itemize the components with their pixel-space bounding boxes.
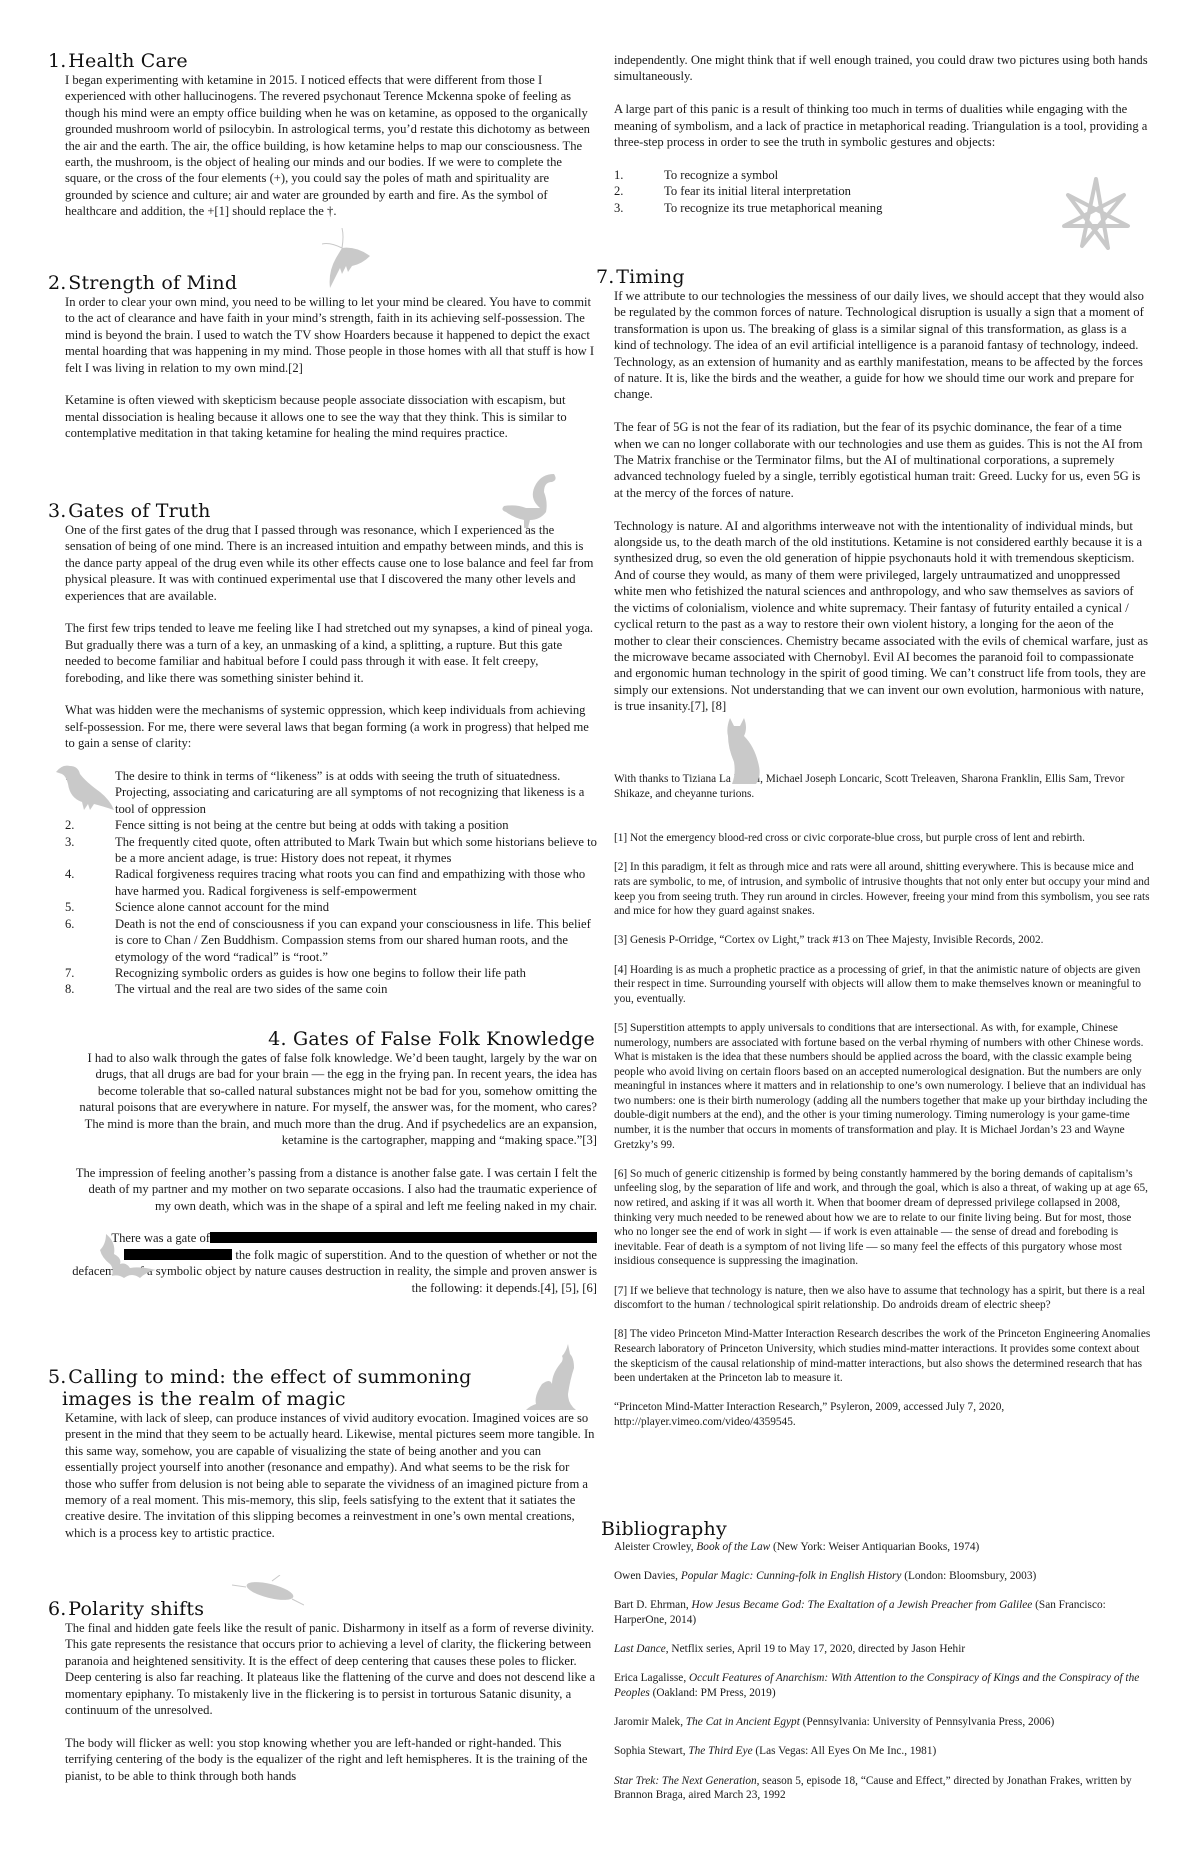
section-health-care: 1. Health Care I began experimenting wit…	[52, 50, 597, 220]
footnote: [6] So much of generic citizenship is fo…	[614, 1167, 1151, 1269]
paragraph: Ketamine is often viewed with skepticism…	[65, 392, 597, 441]
section-heading: 4. Gates of False Folk Knowledge	[52, 1028, 597, 1050]
section-heading: 7. Timing	[600, 266, 1150, 288]
cat-icon	[720, 718, 762, 784]
bibliography-list: Aleister Crowley, Book of the Law (New Y…	[614, 1540, 1151, 1803]
section-strength-of-mind: 2. Strength of Mind In order to clear yo…	[52, 272, 597, 442]
paragraph: I had to also walk through the gates of …	[72, 1050, 597, 1148]
bibliography-entry: Last Dance, Netflix series, April 19 to …	[614, 1642, 1151, 1657]
section-title-line-2: images is the realm of magic	[52, 1388, 346, 1410]
silverfish-icon	[232, 1575, 304, 1607]
paragraph: Ketamine, with lack of sleep, can produc…	[65, 1410, 597, 1541]
list-item: 6.Death is not the end of consciousness …	[65, 916, 597, 965]
bat-icon	[100, 1234, 156, 1282]
heptagram-icon	[1058, 176, 1134, 250]
bibliography-entry: Sophia Stewart, The Third Eye (Las Vegas…	[614, 1744, 1151, 1759]
paragraph: One of the first gates of the drug that …	[65, 522, 597, 604]
paragraph: The final and hidden gate feels like the…	[65, 1620, 597, 1718]
footnote: [1] Not the emergency blood-red cross or…	[614, 831, 1151, 846]
paragraph: The body will flicker as well: you stop …	[65, 1735, 597, 1784]
bibliography-entry: Erica Lagalisse, Occult Features of Anar…	[614, 1671, 1151, 1700]
section-heading: 6. Polarity shifts	[52, 1598, 597, 1620]
footnote: [7] If we believe that technology is nat…	[614, 1284, 1151, 1313]
paragraph: Technology is nature. AI and algorithms …	[614, 518, 1150, 715]
section-title: Gates of Truth	[68, 500, 210, 522]
section-heading: 5. Calling to mind: the effect of summon…	[52, 1366, 597, 1410]
list-item: 5.Science alone cannot account for the m…	[65, 899, 597, 915]
section-body: If we attribute to our technologies the …	[614, 288, 1150, 715]
section-heading: 1. Health Care	[52, 50, 597, 72]
paragraph: If we attribute to our technologies the …	[614, 288, 1150, 403]
paragraph: The first few trips tended to leave me f…	[65, 620, 597, 686]
section-body: The final and hidden gate feels like the…	[65, 1620, 597, 1784]
paragraph: The impression of feeling another’s pass…	[72, 1165, 597, 1214]
paragraph: What was hidden were the mechanisms of s…	[65, 702, 597, 751]
paragraph: A large part of this panic is a result o…	[614, 101, 1154, 150]
list-item: 4.Radical forgiveness requires tracing w…	[65, 866, 597, 899]
bibliography-entry: Star Trek: The Next Generation, season 5…	[614, 1774, 1151, 1803]
section-title: Strength of Mind	[68, 272, 237, 294]
section-polarity-shifts: 6. Polarity shifts The final and hidden …	[52, 1598, 597, 1784]
skunk-icon	[500, 468, 560, 528]
section-body: Ketamine, with lack of sleep, can produc…	[65, 1410, 597, 1541]
section-bibliography: Bibliography Aleister Crowley, Book of t…	[601, 1518, 1151, 1817]
acknowledgements: With thanks to Tiziana La Melia, Michael…	[614, 772, 1151, 1430]
list-item: 7.Recognizing symbolic orders as guides …	[65, 965, 597, 981]
paragraph: In order to clear your own mind, you nee…	[65, 294, 597, 376]
bibliography-entry: Bart D. Ehrman, How Jesus Became God: Th…	[614, 1598, 1151, 1627]
crow-icon	[56, 764, 116, 814]
paragraph: I began experimenting with ketamine in 2…	[65, 72, 597, 220]
paragraph: independently. One might think that if w…	[614, 52, 1154, 85]
list-item: 1.The desire to think in terms of “liken…	[65, 768, 597, 817]
section-title: Calling to mind: the effect of summoning	[68, 1366, 471, 1388]
section-calling-to-mind: 5. Calling to mind: the effect of summon…	[52, 1366, 597, 1541]
footnote: [5] Superstition attempts to apply unive…	[614, 1021, 1151, 1152]
section-body: I began experimenting with ketamine in 2…	[65, 72, 597, 220]
section-title: Health Care	[68, 50, 188, 72]
thanks-text: With thanks to Tiziana La Melia, Michael…	[614, 772, 1151, 801]
bibliography-entry: Jaromir Malek, The Cat in Ancient Egypt …	[614, 1715, 1151, 1730]
citation: “Princeton Mind-Matter Interaction Resea…	[614, 1400, 1151, 1429]
section-title: Gates of False Folk Knowledge	[293, 1028, 595, 1050]
section-body: One of the first gates of the drug that …	[65, 522, 597, 998]
section-body: In order to clear your own mind, you nee…	[65, 294, 597, 442]
paragraph: The fear of 5G is not the fear of its ra…	[614, 419, 1150, 501]
footnote: [4] Hoarding is as much a prophetic prac…	[614, 963, 1151, 1007]
footnote: [3] Genesis P-Orridge, “Cortex ov Light,…	[614, 933, 1151, 948]
bibliography-entry: Aleister Crowley, Book of the Law (New Y…	[614, 1540, 1151, 1555]
acknowledgements-and-notes: With thanks to Tiziana La Melia, Michael…	[601, 772, 1151, 1444]
list-item: 3.The frequently cited quote, often attr…	[65, 834, 597, 867]
section-title: Timing	[616, 266, 684, 288]
section-gates-of-truth: 3. Gates of Truth One of the first gates…	[52, 500, 597, 998]
laws-list: 1.The desire to think in terms of “liken…	[65, 768, 597, 998]
redaction-bar	[210, 1232, 597, 1243]
footnote: [8] The video Princeton Mind-Matter Inte…	[614, 1327, 1151, 1385]
moth-icon	[322, 228, 384, 290]
section-timing: 7. Timing If we attribute to our technol…	[600, 266, 1150, 715]
bibliography-heading: Bibliography	[601, 1518, 1151, 1540]
section-title: Polarity shifts	[68, 1598, 204, 1620]
howling-wolf-icon	[522, 1344, 576, 1410]
bibliography-entry: Owen Davies, Popular Magic: Cunning-folk…	[614, 1569, 1151, 1584]
footnote: [2] In this paradigm, it felt as through…	[614, 860, 1151, 918]
list-item: 8.The virtual and the real are two sides…	[65, 981, 597, 997]
list-item: 2.Fence sitting is not being at the cent…	[65, 817, 597, 833]
